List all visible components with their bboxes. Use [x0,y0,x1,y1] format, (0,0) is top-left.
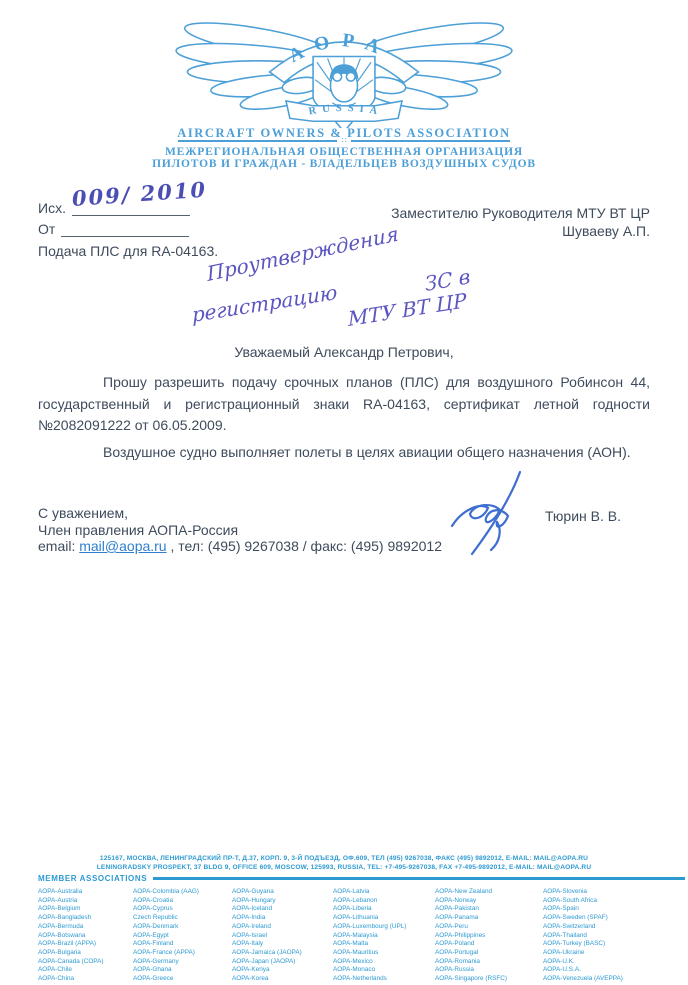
body-paragraph-1: Прошу разрешить подачу срочных планов (П… [38,372,650,437]
recipient-name: Шуваеву А.П. [391,222,650,240]
contact-line: email: mail@aopa.ru , тел: (495) 9267038… [38,538,442,555]
member-associations-rule [153,877,685,880]
member-association-item: AOPA-Canada (COPA) [38,958,133,967]
member-association-item: AOPA-Portugal [435,949,543,958]
date-label: От [38,221,55,237]
member-association-item: AOPA-Singapore (RSFC) [435,975,543,984]
member-association-item: AOPA-Thailand [543,932,623,941]
member-association-item: AOPA-Croatia [133,897,232,906]
handwritten-note-part3: регистрацию [191,280,337,327]
member-associations-column: AOPA-AustraliaAOPA-AustriaAOPA-BelgiumAO… [38,888,133,984]
regards-line: С уважением, [38,505,442,522]
member-association-item: AOPA-France (APPA) [133,949,232,958]
member-association-item: AOPA-Egypt [133,932,232,941]
member-association-item: AOPA-Sweden (SPAF) [543,914,623,923]
member-association-item: AOPA-Australia [38,888,133,897]
phone-fax-text: , тел: (495) 9267038 / факс: (495) 98920… [167,538,442,554]
signature-block: С уважением, Член правления АОПА-Россия … [38,505,442,555]
letter-document: AOPA RUSSIA AIRCRAFT OWNERS & PILOTS ASS… [0,0,688,985]
member-association-item: AOPA-Jamaica (JAOPA) [232,949,333,958]
org-name-russian-line2: ПИЛОТОВ И ГРАЖДАН - ВЛАДЕЛЬЦЕВ ВОЗДУШНЫХ… [0,158,688,170]
member-association-item: AOPA-Greece [133,975,232,984]
handwritten-note-part4: МТУ ВТ ЦР [347,288,467,331]
member-association-item: AOPA-Latvia [333,888,435,897]
member-association-item: AOPA-Lebanon [333,897,435,906]
member-association-item: AOPA-Finland [133,940,232,949]
member-association-item: AOPA-Korea [232,975,333,984]
member-association-item: AOPA-Ireland [232,923,333,932]
member-association-item: AOPA-Turkey (BASC) [543,940,623,949]
member-associations-header: MEMBER ASSOCIATIONS [38,874,685,883]
member-association-item: AOPA-Chile [38,966,133,975]
member-association-item: AOPA-Germany [133,958,232,967]
body-paragraph-2: Воздушное судно выполняет полеты в целях… [38,444,650,460]
member-association-item: AOPA-China [38,975,133,984]
email-link[interactable]: mail@aopa.ru [79,538,166,554]
member-associations-column: AOPA-Colombia (AAG)AOPA-CroatiaAOPA-Cypr… [133,888,232,984]
subject-line: Подача ПЛС для RA-04163. [38,243,218,259]
salutation: Уважаемый Александр Петрович, [0,344,688,360]
member-association-item: AOPA-Spain [543,905,623,914]
member-association-item: AOPA-Israel [232,932,333,941]
member-associations-label: MEMBER ASSOCIATIONS [38,874,147,883]
member-associations-column: AOPA-GuyanaAOPA-HungaryAOPA-IcelandAOPA-… [232,888,333,984]
handwritten-note-part1: Проутверждения [206,221,400,286]
member-association-item: AOPA-Cyprus [133,905,232,914]
member-association-item: AOPA-Panama [435,914,543,923]
member-association-item: AOPA-Hungary [232,897,333,906]
member-association-item: AOPA-Colombia (AAG) [133,888,232,897]
member-association-item: AOPA-Poland [435,940,543,949]
letterhead-divider: ∷ [178,139,510,143]
recipient-title: Заместителю Руководителя МТУ ВТ ЦР [391,204,650,222]
member-association-item: AOPA-Italy [232,940,333,949]
member-association-item: AOPA-Botswana [38,932,133,941]
member-association-item: AOPA-Bangladesh [38,914,133,923]
member-associations-column: AOPA-SloveniaAOPA-South AfricaAOPA-Spain… [543,888,623,984]
member-association-item: AOPA-Romania [435,958,543,967]
signer-title: Член правления АОПА-Россия [38,522,442,539]
member-association-item: AOPA-New Zealand [435,888,543,897]
member-association-item: AOPA-Brazil (APPA) [38,940,133,949]
footer-address-english: LENINGRADSKY PROSPEKT, 37 BLDG 9, OFFICE… [0,864,688,871]
member-association-item: AOPA-Kenya [232,966,333,975]
member-association-item: AOPA-Bulgaria [38,949,133,958]
member-association-item: AOPA-Philippines [435,932,543,941]
member-association-item: AOPA-Switzerland [543,923,623,932]
recipient-block: Заместителю Руководителя МТУ ВТ ЦР Шувае… [391,204,650,240]
member-association-item: AOPA-Venezuela (AVEPPA) [543,975,623,984]
outgoing-number-label: Исх. [38,200,66,216]
member-association-item: AOPA-Japan (JAOPA) [232,958,333,967]
member-associations-column: AOPA-New ZealandAOPA-NorwayAOPA-Pakistan… [435,888,543,984]
member-association-item: AOPA-Mauritius [333,949,435,958]
member-association-item: AOPA-Liberia [333,905,435,914]
aopa-logo: AOPA RUSSIA [169,12,519,128]
signer-name: Тюрин В. В. [545,508,621,524]
member-association-item: AOPA-U.S.A. [543,966,623,975]
member-associations-column: AOPA-LatviaAOPA-LebanonAOPA-LiberiaAOPA-… [333,888,435,984]
handwritten-signature [440,468,540,564]
footer-address-russian: 125167, МОСКВА, ЛЕНИНГРАДСКИЙ ПР-Т, Д.37… [0,855,688,862]
member-association-item: AOPA-Austria [38,897,133,906]
member-association-item: AOPA-Guyana [232,888,333,897]
member-association-item: AOPA-Mexico [333,958,435,967]
email-label: email: [38,538,79,554]
member-association-item: AOPA-Norway [435,897,543,906]
org-name-russian-line1: МЕЖРЕГИОНАЛЬНАЯ ОБЩЕСТВЕННАЯ ОРГАНИЗАЦИЯ [0,146,688,158]
member-association-item: AOPA-Bermuda [38,923,133,932]
date-line [61,220,189,237]
member-association-item: AOPA-Belgium [38,905,133,914]
member-association-item: AOPA-Ukraine [543,949,623,958]
member-association-item: AOPA-India [232,914,333,923]
member-association-item: AOPA-Denmark [133,923,232,932]
member-association-item: AOPA-Netherlands [333,975,435,984]
member-association-item: AOPA-Peru [435,923,543,932]
member-association-item: Czech Republic [133,914,232,923]
member-association-item: AOPA-U.K. [543,958,623,967]
member-association-item: AOPA-Russia [435,966,543,975]
member-association-item: AOPA-Slovenia [543,888,623,897]
member-association-item: AOPA-Ghana [133,966,232,975]
member-association-item: AOPA-Monaco [333,966,435,975]
member-association-item: AOPA-Pakistan [435,905,543,914]
member-association-item: AOPA-Malaysia [333,932,435,941]
member-association-item: AOPA-Malta [333,940,435,949]
member-associations-list: AOPA-AustraliaAOPA-AustriaAOPA-BelgiumAO… [38,888,623,984]
member-association-item: AOPA-Iceland [232,905,333,914]
member-association-item: AOPA-Lithuania [333,914,435,923]
member-association-item: AOPA-South Africa [543,897,623,906]
member-association-item: AOPA-Luxembourg (UPL) [333,923,435,932]
